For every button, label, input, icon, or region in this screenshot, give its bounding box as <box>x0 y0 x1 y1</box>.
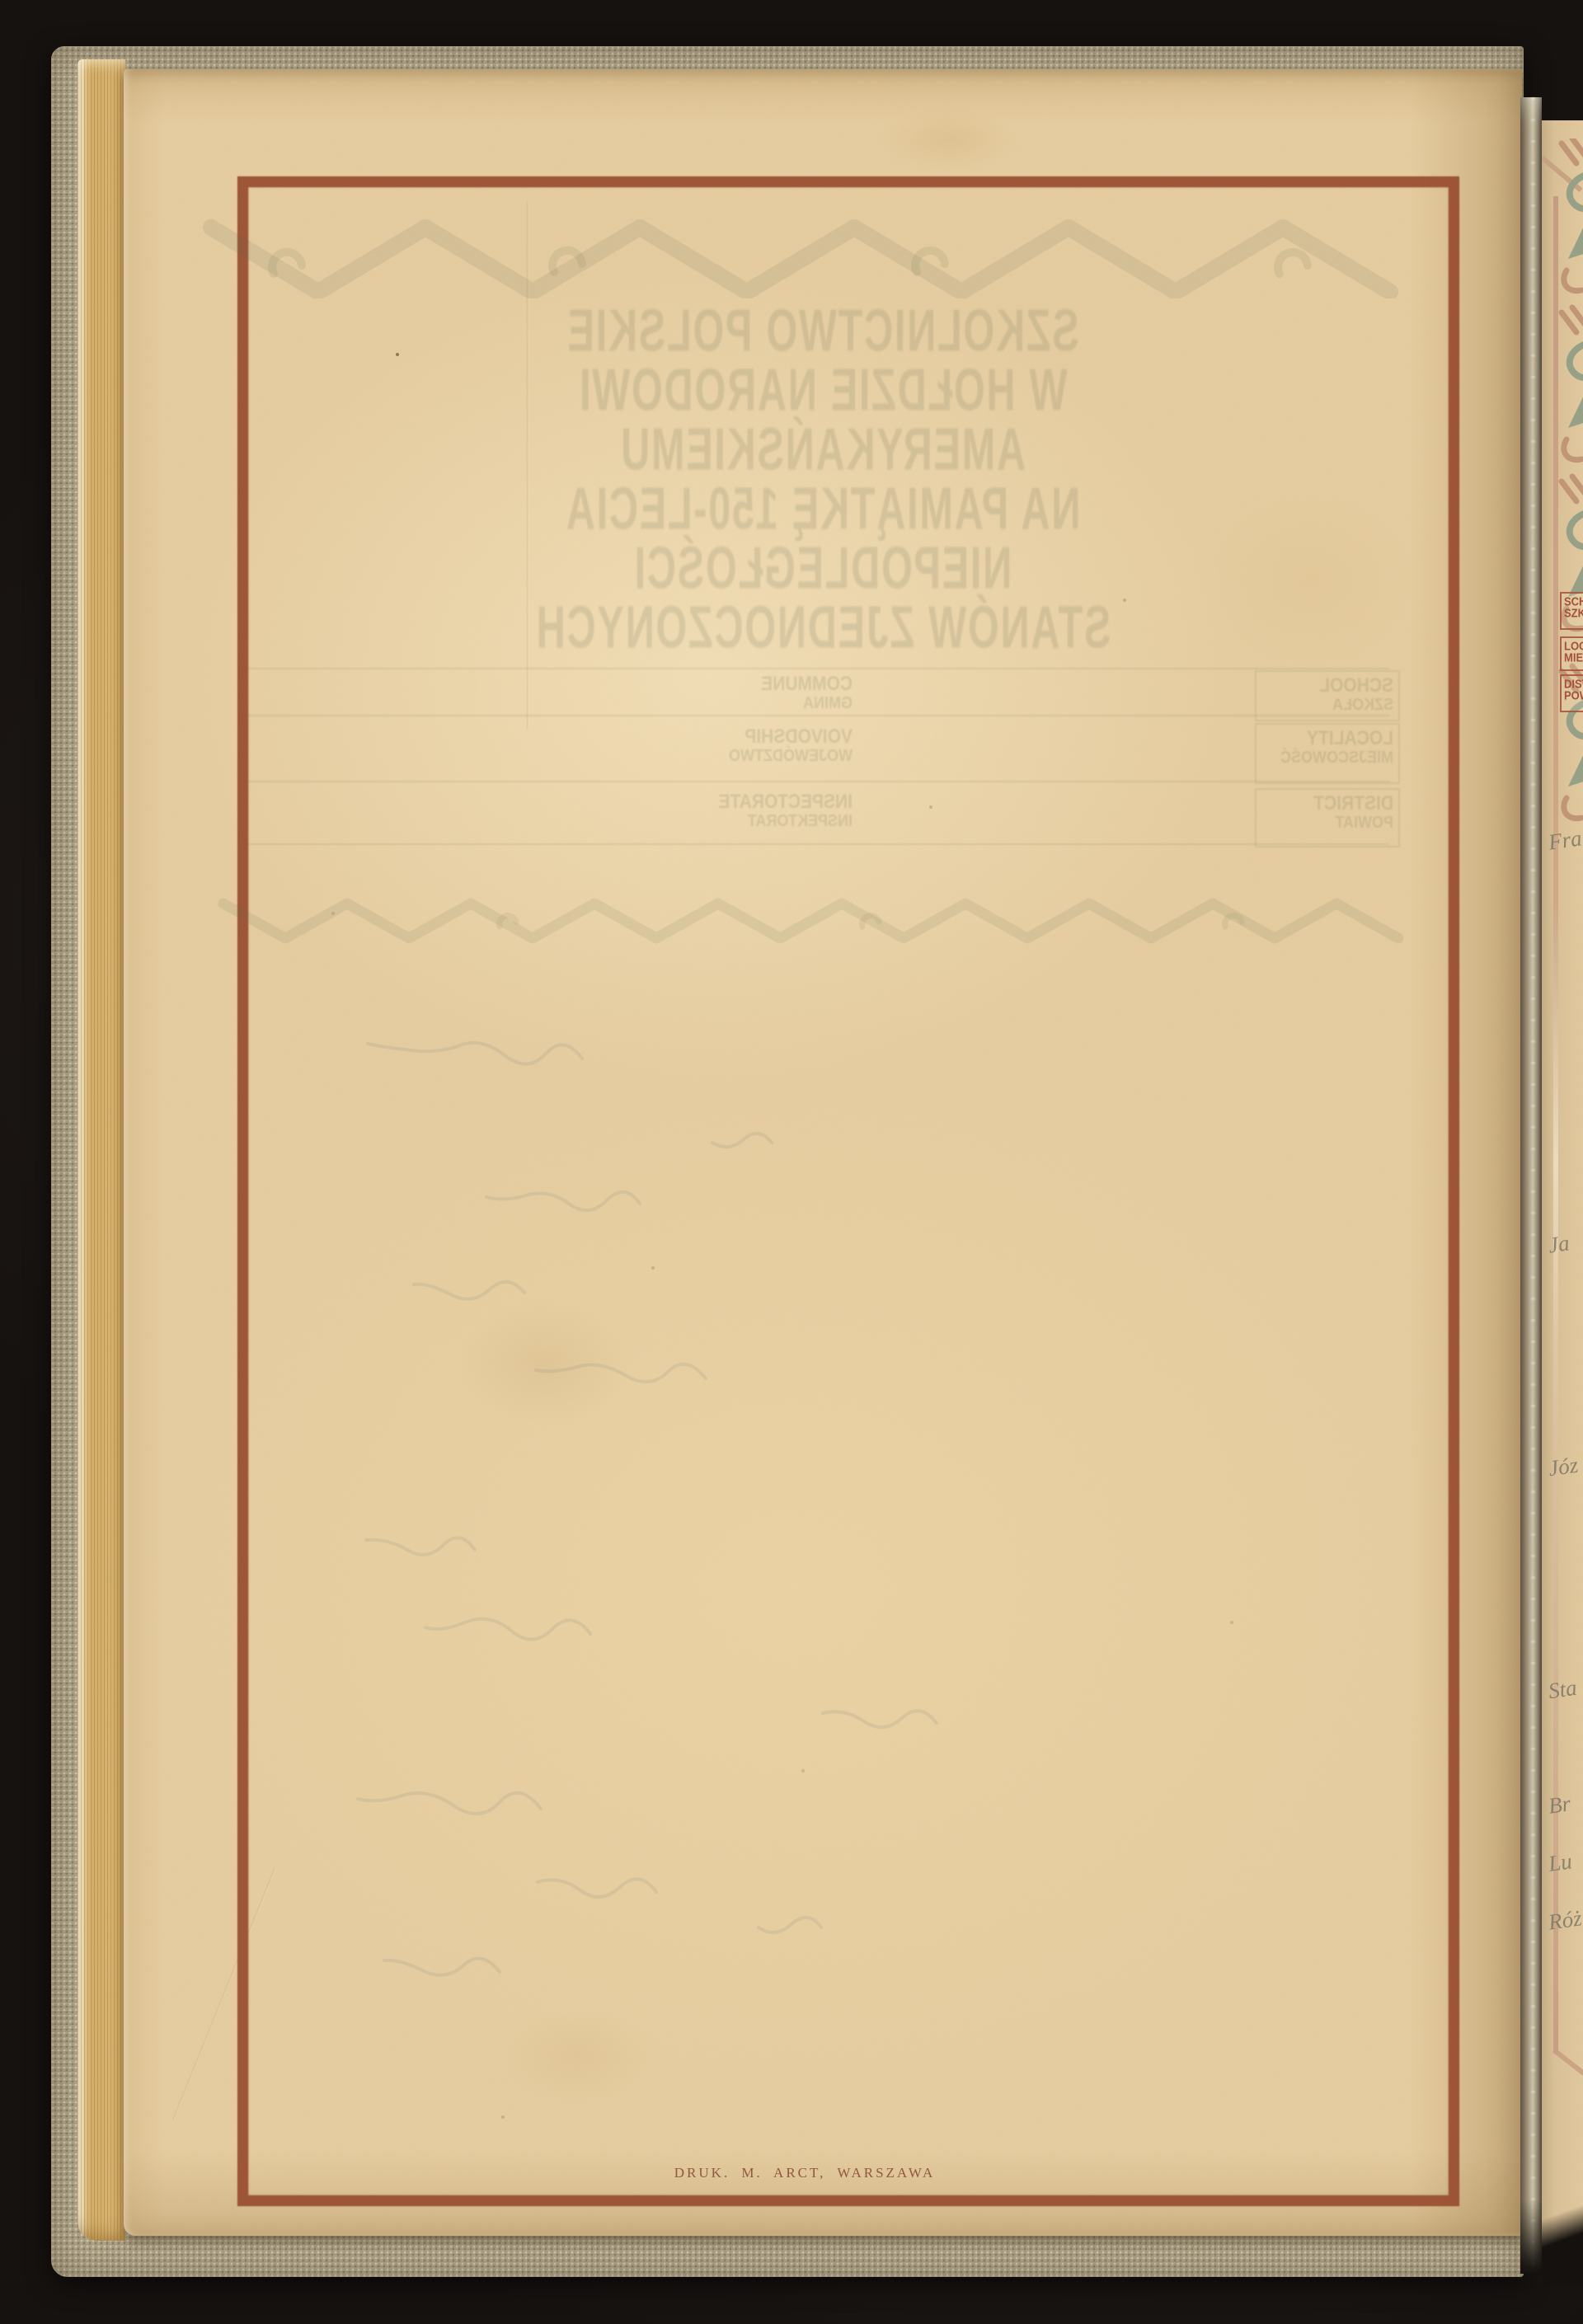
next-page-sliver: SCHOOSZKOŁ LOCALMIEJS DISTRPOW Fra Ja Jó… <box>1542 120 1583 2285</box>
gutter-shine-highlight <box>1531 97 1535 2274</box>
scan-backdrop: SZKOLNICTWO POLSKIE W HOŁDZIE NARODOWI A… <box>0 0 1583 2324</box>
red-border-frame <box>237 176 1459 2206</box>
paper-stain <box>849 94 1047 185</box>
gutter-glossy-strip <box>1520 97 1542 2274</box>
next-page-form-label: LOCALMIEJS <box>1560 636 1583 671</box>
next-page-form-label: SCHOOSZKOŁ <box>1560 592 1583 630</box>
page-block-edges <box>78 59 125 2241</box>
next-page-form-label: DISTRPOW <box>1560 674 1583 712</box>
book-page: SZKOLNICTWO POLSKIE W HOŁDZIE NARODOWI A… <box>124 69 1522 2236</box>
next-page-frame-corner-line <box>1552 2049 1583 2076</box>
printer-imprint-text: DRUK. M. ARCT, WARSZAWA <box>106 2165 1504 2181</box>
next-page-swirl-ornament-icon <box>1558 139 1583 880</box>
